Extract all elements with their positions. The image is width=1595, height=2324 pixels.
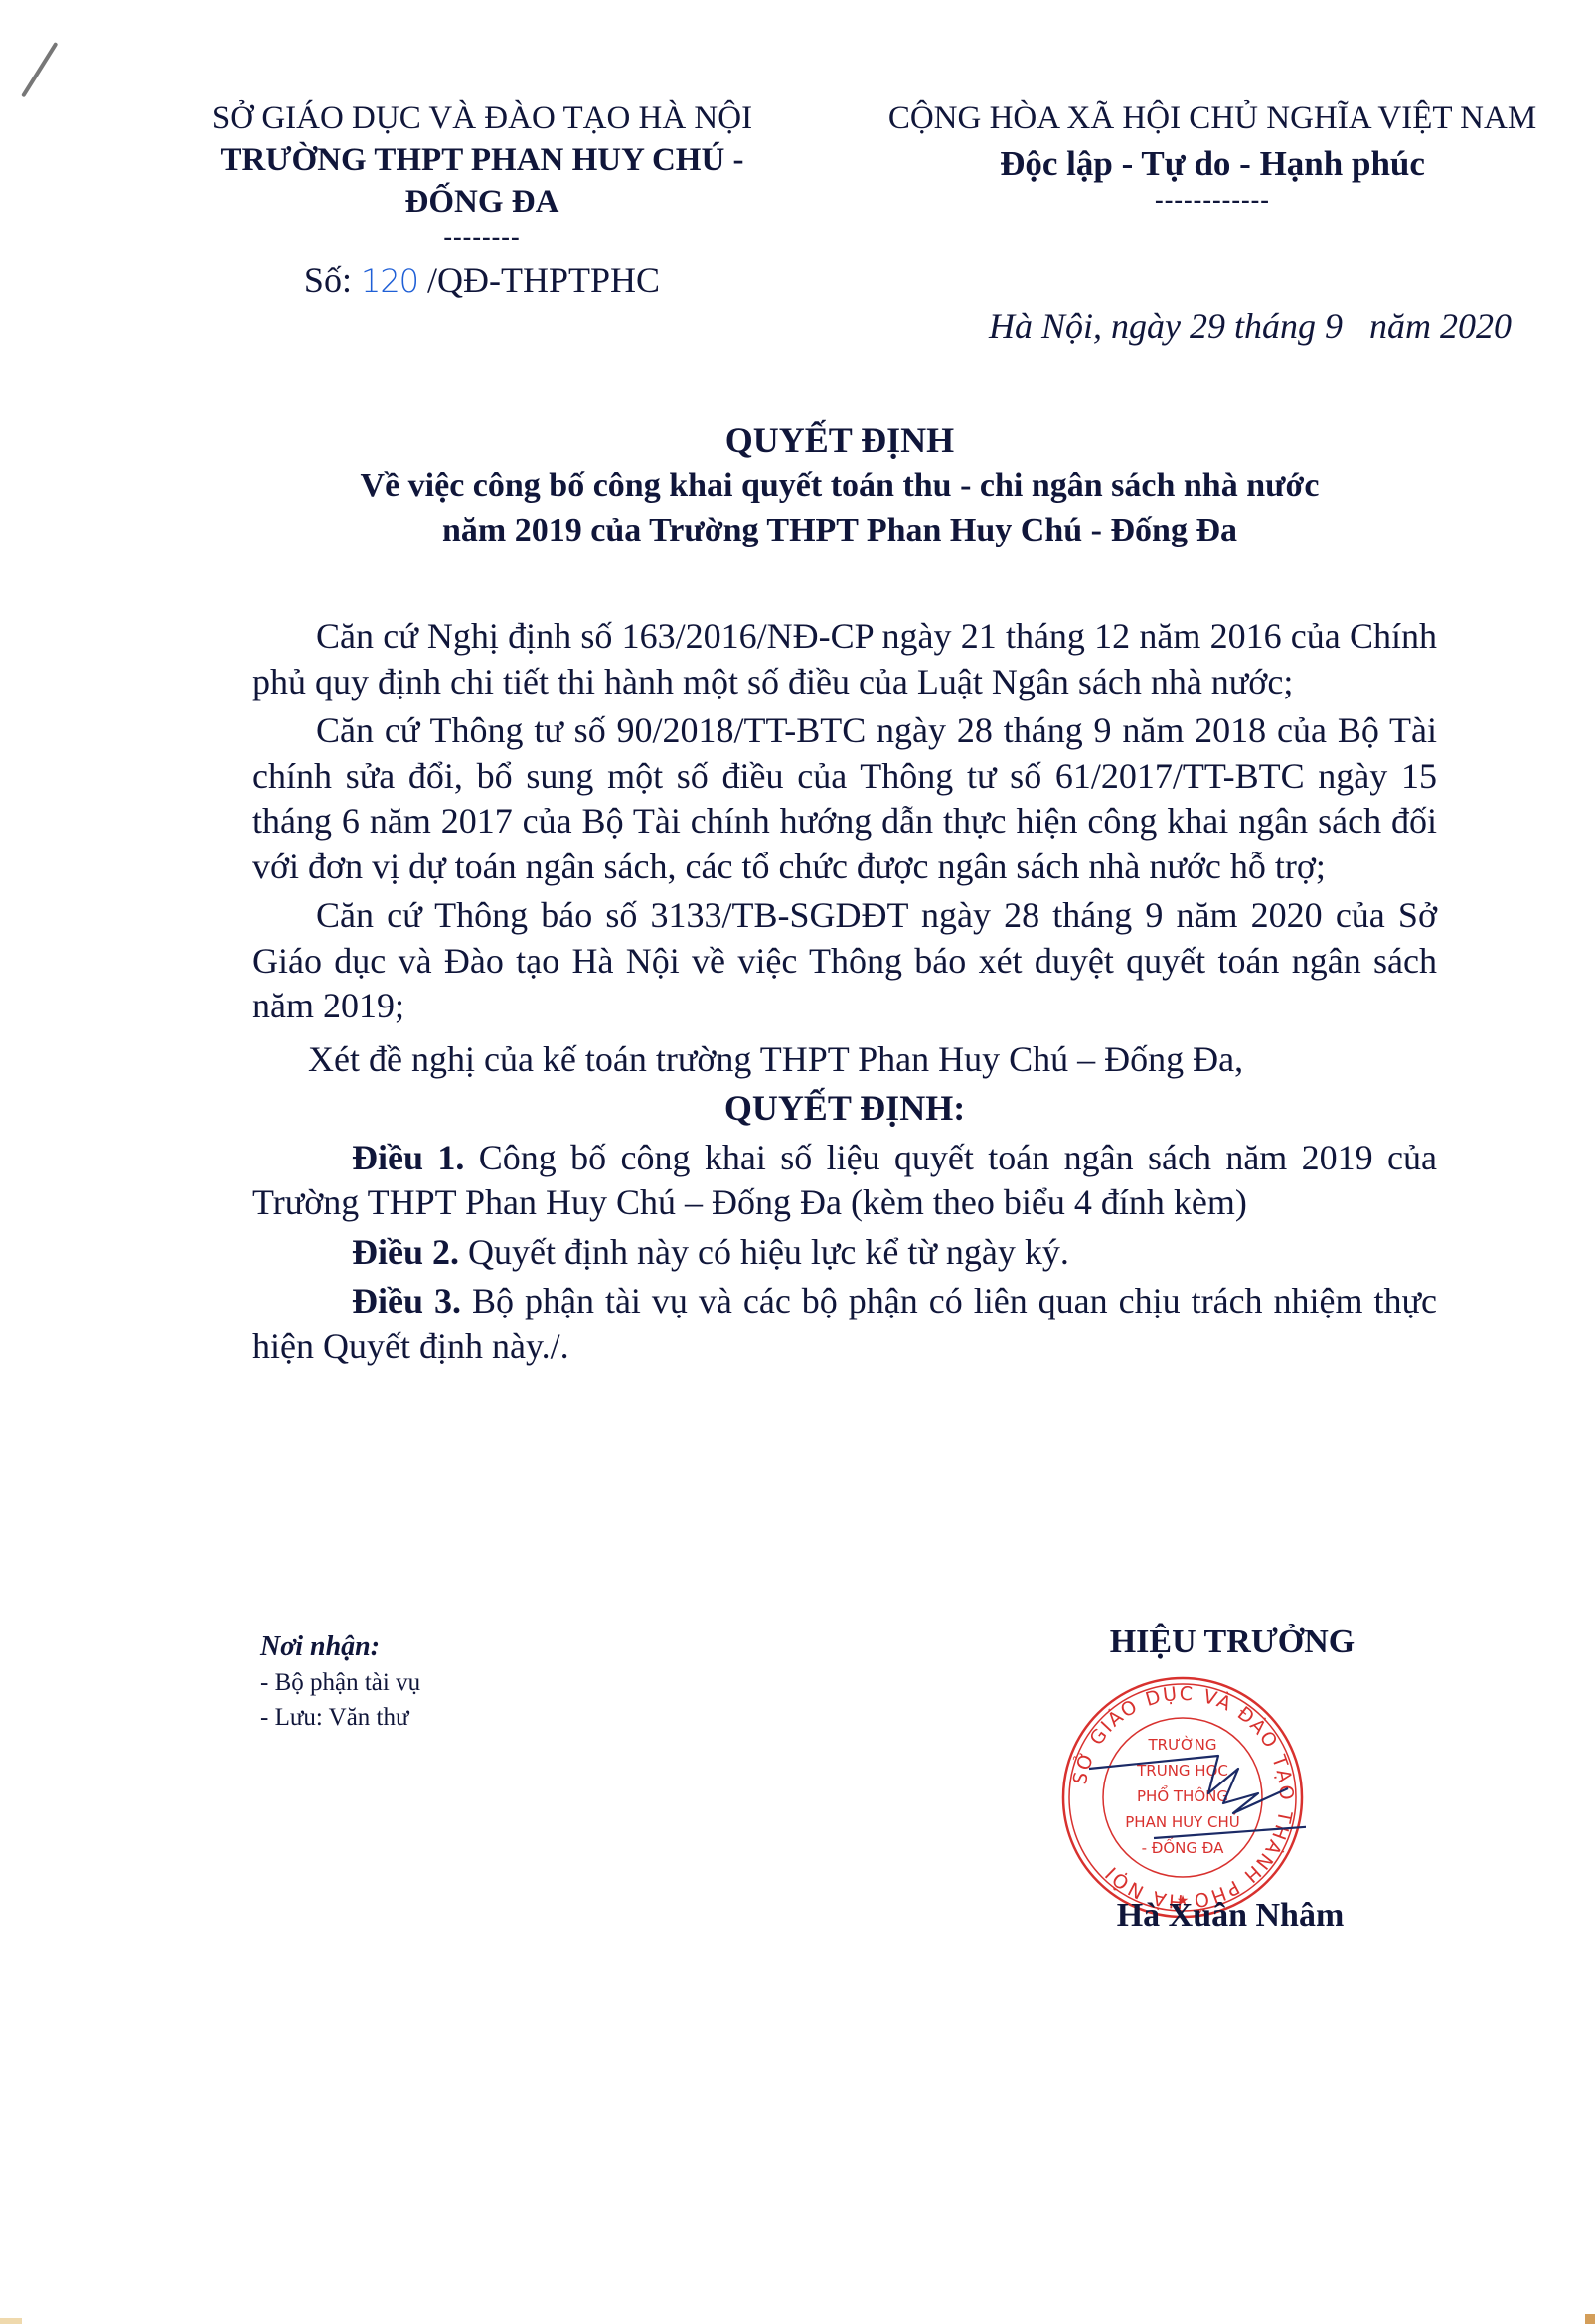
preamble-paragraph: Căn cứ Nghị định số 163/2016/NĐ-CP ngày … [252, 614, 1437, 704]
national-motto: Độc lập - Tự do - Hạnh phúc [865, 143, 1560, 185]
country-name: CỘNG HÒA XÃ HỘI CHỦ NGHĨA VIỆT NAM [865, 97, 1560, 139]
national-header: CỘNG HÒA XÃ HỘI CHỦ NGHĨA VIỆT NAM Độc l… [865, 97, 1560, 215]
decision-heading: QUYẾT ĐỊNH: [252, 1086, 1437, 1132]
recipient-item: - Bộ phận tài vụ [260, 1665, 420, 1700]
document-title: QUYẾT ĐỊNH Về việc công bố công khai quy… [239, 417, 1441, 552]
header-divider-left: -------- [159, 223, 805, 252]
svg-text:- ĐỐNG ĐA: - ĐỐNG ĐA [1142, 1836, 1225, 1857]
title-subject-line2: năm 2019 của Trường THPT Phan Huy Chú - … [239, 508, 1441, 552]
recipients-title: Nơi nhận: [260, 1629, 420, 1665]
article-3: Điều 3. Bộ phận tài vụ và các bộ phận có… [252, 1279, 1437, 1369]
consideration-paragraph: Xét đề nghị của kế toán trường THPT Phan… [252, 1037, 1437, 1083]
signer-name: Hà Xuân Nhâm [1061, 1896, 1399, 1936]
preamble-paragraph: Căn cứ Thông báo số 3133/TB-SGDĐT ngày 2… [252, 893, 1437, 1029]
scan-artifact [1585, 2314, 1595, 2324]
school-name-line2: ĐỐNG ĐA [159, 181, 805, 223]
article-label: Điều 3. [352, 1281, 461, 1320]
preamble-paragraph: Căn cứ Thông tư số 90/2018/TT-BTC ngày 2… [252, 708, 1437, 889]
pen-mark [21, 42, 58, 97]
handwritten-number: 120 [361, 262, 418, 300]
agency-name: SỞ GIÁO DỤC VÀ ĐÀO TẠO HÀ NỘI [159, 97, 805, 139]
header-divider-right: ------------ [865, 185, 1560, 215]
scan-artifact [0, 2318, 22, 2324]
svg-text:PHAN HUY CHÚ: PHAN HUY CHÚ [1125, 1812, 1240, 1831]
title-main: QUYẾT ĐỊNH [239, 417, 1441, 463]
article-1: Điều 1. Công bố công khai số liệu quyết … [252, 1136, 1437, 1226]
number-label: Số: [304, 260, 352, 300]
signer-title: HIỆU TRƯỞNG [1063, 1623, 1401, 1662]
article-2: Điều 2. Quyết định này có hiệu lực kể từ… [252, 1230, 1437, 1276]
article-label: Điều 2. [352, 1232, 459, 1272]
date-line: Hà Nội, ngày 29 tháng 9 năm 2020 [989, 305, 1512, 347]
signature-block: HIỆU TRƯỞNG [1063, 1623, 1401, 1662]
document-body: Căn cứ Nghị định số 163/2016/NĐ-CP ngày … [252, 614, 1437, 1369]
recipient-item: - Lưu: Văn thư [260, 1700, 420, 1735]
issuing-authority-header: SỞ GIÁO DỤC VÀ ĐÀO TẠO HÀ NỘI TRƯỜNG THP… [159, 97, 805, 303]
school-name-line1: TRƯỜNG THPT PHAN HUY CHÚ - [159, 139, 805, 181]
article-text: Quyết định này có hiệu lực kể từ ngày ký… [459, 1232, 1069, 1272]
number-suffix: /QĐ-THPTPHC [427, 260, 660, 300]
article-label: Điều 1. [352, 1138, 464, 1177]
official-stamp-icon: SỞ GIÁO DỤC VÀ ĐÀO TẠO THÀNH PHỐ HÀ NỘI … [1059, 1674, 1306, 1921]
recipients-block: Nơi nhận: - Bộ phận tài vụ - Lưu: Văn th… [260, 1629, 420, 1735]
svg-text:TRƯỜNG: TRƯỜNG [1148, 1735, 1217, 1754]
document-number: Số: 120 /QĐ-THPTPHC [159, 258, 805, 303]
title-subject-line1: Về việc công bố công khai quyết toán thu… [239, 463, 1441, 508]
